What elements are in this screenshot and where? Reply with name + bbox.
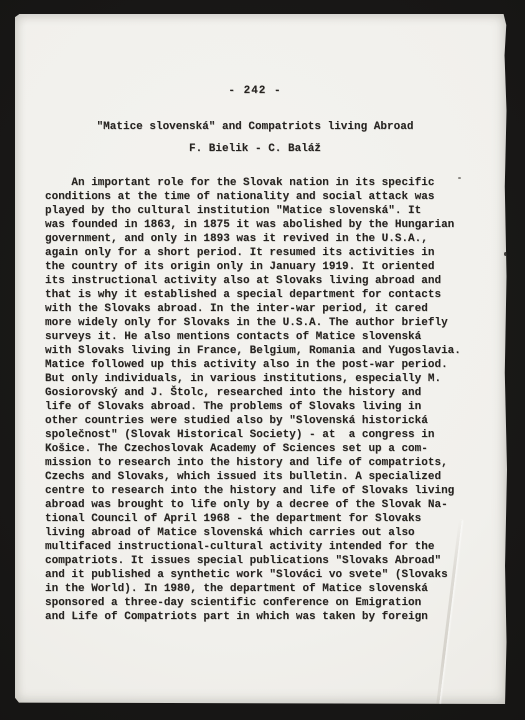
page-number: - 242 - — [45, 85, 465, 97]
body-line: other countries were studied also by "Sl… — [45, 414, 465, 428]
body-line: společnost" (Slovak Historical Society) … — [45, 428, 465, 442]
body-line: again only for a short period. It resume… — [45, 246, 465, 260]
body-line: with Slovaks living in France, Belgium, … — [45, 344, 465, 358]
body-line: centre to research into the history and … — [45, 484, 465, 498]
authors-line: F. Bielik - C. Baláž — [45, 143, 465, 155]
scan-background: - 242 - "Matice slovenská" and Compatrio… — [0, 0, 525, 720]
body-line: Gosiorovský and J. Štolc, researched int… — [45, 386, 465, 400]
body-line: government, and only in 1893 was it revi… — [45, 232, 465, 246]
body-text: An important role for the Slovak nation … — [45, 176, 465, 624]
body-line: conditions at the time of nationality an… — [45, 190, 465, 204]
page-title: "Matice slovenská" and Compatriots livin… — [45, 121, 465, 133]
body-line: Matice followed up this activity also in… — [45, 358, 465, 372]
body-line: abroad was brought to life only by a dec… — [45, 498, 465, 512]
body-line: and it published a synthetic work "Slová… — [45, 568, 465, 582]
body-line: An important role for the Slovak nation … — [45, 176, 465, 190]
paper-edge-nick — [504, 252, 507, 256]
body-line: sponsored a three-day scientific confere… — [45, 596, 465, 610]
body-line: and Life of Compatriots part in which wa… — [45, 610, 465, 624]
body-line: mission to research into the history and… — [45, 456, 465, 470]
body-line: living abroad of Matice slovenská which … — [45, 526, 465, 540]
body-line: Czechs and Slovaks, which issued its bul… — [45, 470, 465, 484]
body-line: was founded in 1863, in 1875 it was abol… — [45, 218, 465, 232]
body-line: more widely only for Slovaks in the U.S.… — [45, 316, 465, 330]
body-line: tional Council of April 1968 - the depar… — [45, 512, 465, 526]
body-line: with the Slovaks abroad. In the inter-wa… — [45, 302, 465, 316]
body-line: Košice. The Czechoslovak Academy of Scie… — [45, 442, 465, 456]
body-line: the country of its origin only in Januar… — [45, 260, 465, 274]
body-line: in the World). In 1980, the department o… — [45, 582, 465, 596]
body-line: compatriots. It issues special publicati… — [45, 554, 465, 568]
body-line: its instructional activity also at Slova… — [45, 274, 465, 288]
body-line: But only individuals, in various institu… — [45, 372, 465, 386]
ink-speck — [458, 177, 461, 179]
body-line: multifaced instructional-cultural activi… — [45, 540, 465, 554]
body-line: surveys it. He also mentions contacts of… — [45, 330, 465, 344]
body-line: that is why it established a special dep… — [45, 288, 465, 302]
body-line: played by tho cultural institution "Mati… — [45, 204, 465, 218]
body-line: life of Slovaks abroad. The problems of … — [45, 400, 465, 414]
document-page: - 242 - "Matice slovenská" and Compatrio… — [15, 14, 507, 704]
page-content: - 242 - "Matice slovenská" and Compatrio… — [45, 14, 465, 704]
